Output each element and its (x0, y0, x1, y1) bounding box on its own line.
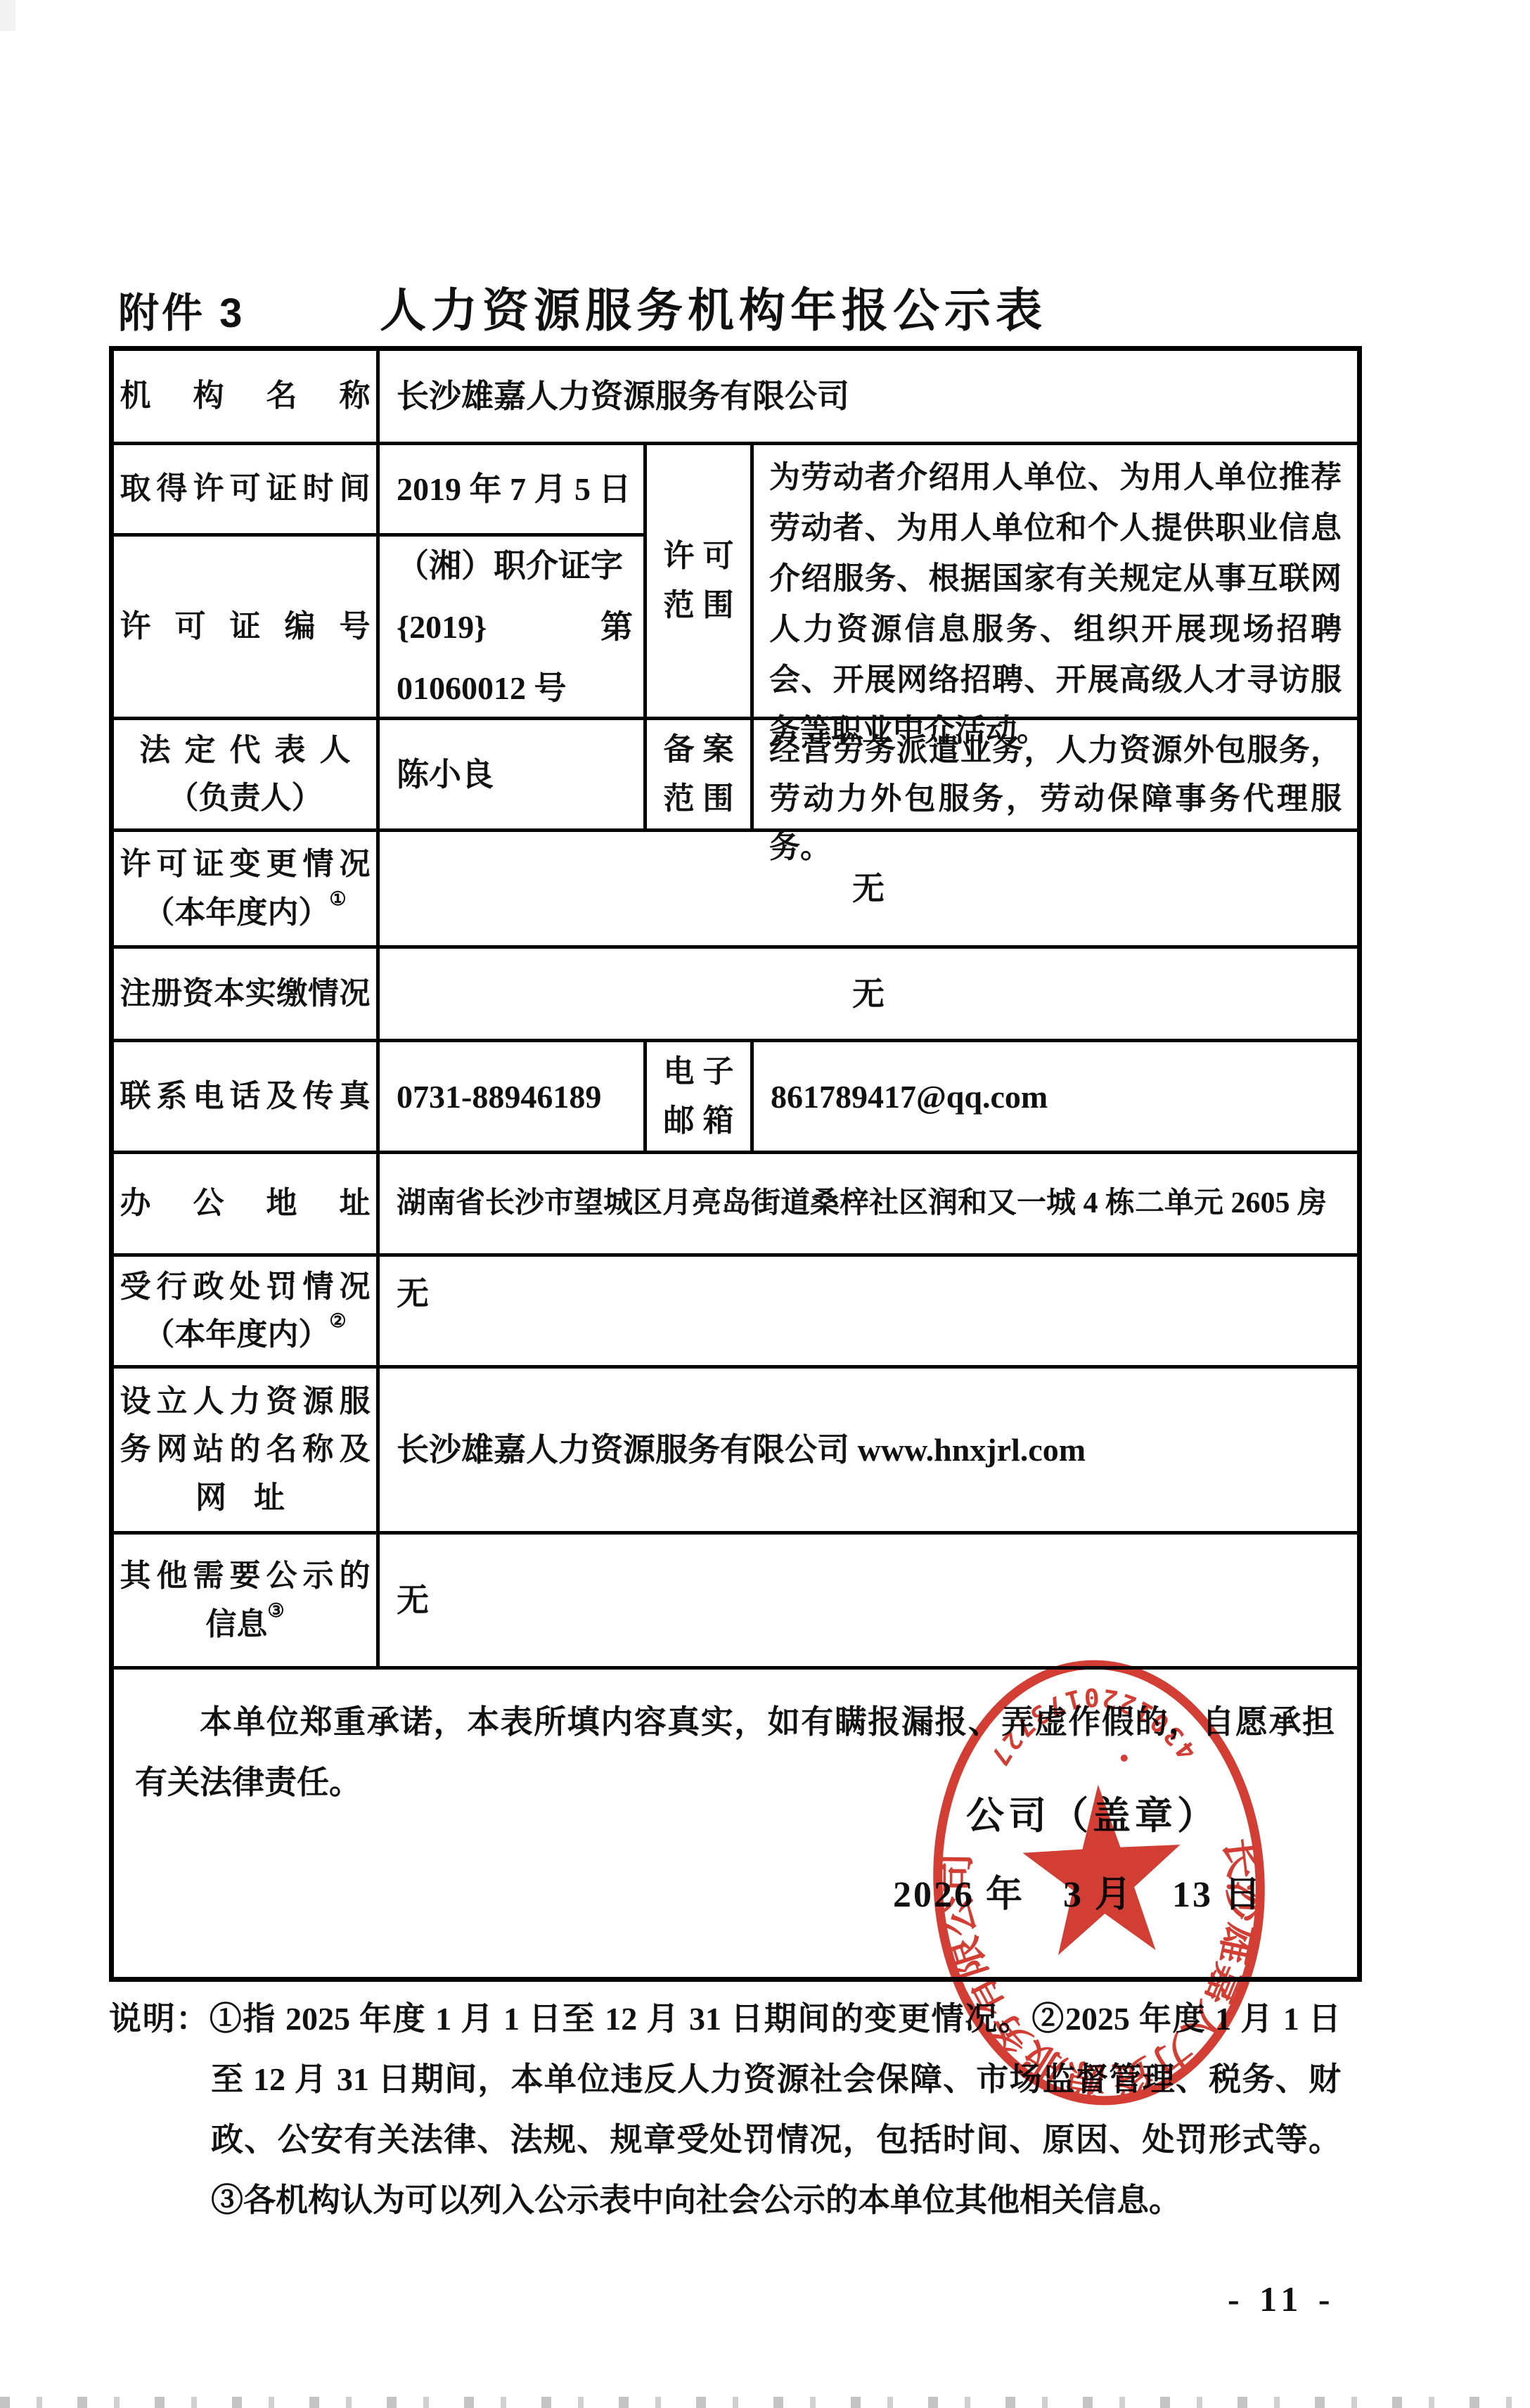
license-time-label-cell: 取得许可证时间 (114, 445, 380, 537)
legal-rep-label-line1: 法定代表人 (140, 726, 351, 774)
address-value-cell: 湖南省长沙市望城区月亮岛街道桑梓社区润和又一城 4 栋二单元 2605 房 (380, 1154, 1357, 1257)
penalty-label-cell: 受行政处罚情况 （本年度内） ② (114, 1257, 380, 1369)
phone-value: 0731-88946189 (397, 1072, 601, 1121)
other-info-label-line1: 其他需要公示的 (120, 1552, 371, 1600)
penalty-value: 无 (397, 1269, 429, 1318)
license-time-label: 取得许可证时间 (120, 465, 371, 513)
email-value-cell: 861789417@qq.com (754, 1042, 1357, 1154)
record-scope-text-cell: 经营劳务派遣业务，人力资源外包服务，劳动力外包服务，劳动保障事务代理服务。 (754, 720, 1357, 832)
registered-capital-label-cell: 注册资本实缴情况 (114, 949, 380, 1042)
license-no-label-cell: 许可证编号 (114, 537, 380, 720)
phone-label-cell: 联系电话及传真 (114, 1042, 380, 1154)
registered-capital-value: 无 (852, 970, 885, 1018)
permit-scope-label-line1: 许可 (664, 532, 734, 581)
other-info-label-cell: 其他需要公示的 信息 ③ (114, 1535, 380, 1670)
license-time-value-cell: 2019 年 7 月 5 日 (380, 445, 647, 537)
footnote-mark-3: ③ (267, 1596, 284, 1626)
footnote-mark-1: ① (329, 885, 346, 914)
license-no-label: 许可证编号 (120, 603, 371, 651)
legal-rep-value: 陈小良 (397, 750, 494, 799)
website-label-cell: 设立人力资源服 务网站的名称及 网 址 (114, 1369, 380, 1535)
address-value: 湖南省长沙市望城区月亮岛街道桑梓社区润和又一城 4 栋二单元 2605 房 (397, 1181, 1327, 1226)
license-change-value-cell: 无 (380, 832, 1357, 949)
phone-value-cell: 0731-88946189 (380, 1042, 647, 1154)
website-label-line2: 务网站的名称及 (120, 1426, 371, 1473)
legal-rep-label-cell: 法定代表人 （负责人） (114, 720, 380, 832)
penalty-label-line2: （本年度内） ② (143, 1311, 346, 1359)
permit-scope-label-cell: 许可 范围 (647, 445, 754, 720)
scan-bottom-artifact (0, 2397, 1530, 2408)
penalty-label-line2-text: （本年度内） (143, 1311, 329, 1359)
footnote-mark-2: ② (329, 1307, 346, 1336)
permit-scope-text: 为劳动者介绍用人单位、为用人单位推荐劳动者、为用人单位和个人提供职业信息介绍服务… (769, 460, 1342, 748)
license-change-label-line2: （本年度内） ① (143, 889, 346, 937)
phone-label: 联系电话及传真 (120, 1072, 371, 1120)
legal-rep-label-line2: （负责人） (168, 774, 323, 822)
email-label-line1: 电子 (664, 1047, 734, 1096)
penalty-label-line1: 受行政处罚情况 (120, 1263, 371, 1311)
website-value-cell: 长沙雄嘉人力资源服务有限公司 www.hnxjrl.com (380, 1369, 1357, 1535)
attachment-label: 附件 3 (118, 280, 245, 339)
email-value: 861789417@qq.com (771, 1072, 1048, 1121)
email-label-line2: 邮箱 (664, 1096, 734, 1146)
org-name-label: 机构名称 (120, 372, 371, 420)
seal-speck (1121, 1755, 1129, 1762)
address-label-cell: 办公地址 (114, 1154, 380, 1257)
license-change-label-line2-text: （本年度内） (143, 889, 329, 937)
license-change-label-cell: 许可证变更情况 （本年度内） ① (114, 832, 380, 949)
commitment-line2: 有关法律责任。 (135, 1758, 361, 1807)
org-name-value-cell: 长沙雄嘉人力资源服务有限公司 (380, 351, 1357, 445)
registered-capital-label: 注册资本实缴情况 (120, 970, 371, 1018)
record-scope-label-line2: 范围 (664, 774, 734, 824)
license-no-value-cell: （湘）职介证字 {2019} 第 01060012 号 (380, 537, 647, 720)
notes-line4: ③各机构认为可以列入公示表中向社会公示的本单位其他相关信息。 (211, 2184, 1181, 2217)
page-title: 人力资源服务机构年报公示表 (380, 273, 1047, 340)
website-label-line1: 设立人力资源服 (120, 1378, 371, 1426)
penalty-value-cell: 无 (380, 1257, 1357, 1369)
notes-line3: 政、公安有关法律、法规、规章受处罚情况，包括时间、原因、处罚形式等。 (211, 2124, 1341, 2156)
license-no-line1: （湘）职介证字 (397, 535, 643, 596)
other-info-label-line2: 信息 ③ (205, 1601, 284, 1648)
scan-edge-artifact (0, 0, 15, 31)
company-seal: 4301220173727 长沙雄嘉人力资源服务有限公司 (915, 1646, 1282, 2120)
other-info-value: 无 (397, 1576, 429, 1625)
registered-capital-value-cell: 无 (380, 949, 1357, 1042)
record-scope-label-cell: 备案 范围 (647, 720, 754, 832)
seal-star-icon (1020, 1781, 1186, 1957)
email-label-cell: 电子 邮箱 (647, 1042, 754, 1154)
license-change-value: 无 (852, 864, 885, 913)
website-value: 长沙雄嘉人力资源服务有限公司 www.hnxjrl.com (397, 1426, 1086, 1474)
org-name-value: 长沙雄嘉人力资源服务有限公司 (397, 372, 849, 421)
legal-rep-value-cell: 陈小良 (380, 720, 647, 832)
license-change-label-line1: 许可证变更情况 (120, 840, 371, 888)
license-time-value: 2019 年 7 月 5 日 (397, 465, 631, 513)
org-name-label-cell: 机构名称 (114, 351, 380, 445)
license-no-line2: {2019} 第 (397, 596, 633, 658)
permit-scope-text-cell: 为劳动者介绍用人单位、为用人单位推荐劳动者、为用人单位和个人提供职业信息介绍服务… (754, 445, 1357, 720)
record-scope-label-line1: 备案 (664, 725, 734, 774)
license-no-line3: 01060012 号 (397, 658, 643, 719)
page-number: - 11 - (1228, 2279, 1336, 2319)
license-no-line2-right: 第 (600, 596, 633, 658)
website-label-line3: 网 址 (195, 1474, 295, 1522)
address-label: 办公地址 (120, 1179, 371, 1227)
license-no-line2-left: {2019} (397, 596, 487, 658)
permit-scope-label-line2: 范围 (664, 581, 734, 630)
other-info-label-line2-text: 信息 (205, 1601, 267, 1648)
